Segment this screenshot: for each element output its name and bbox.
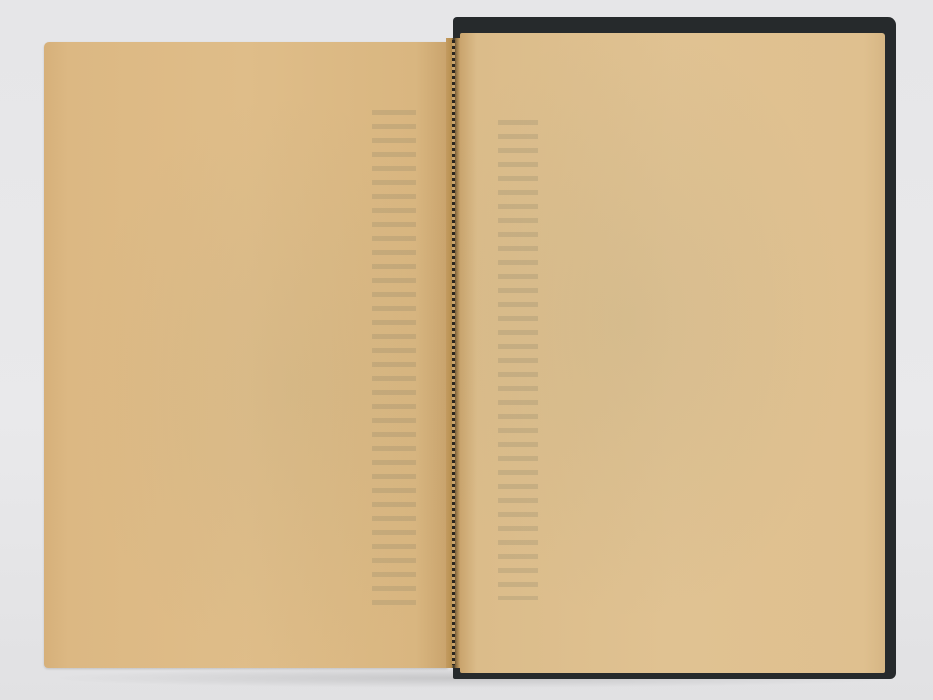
bleed-through-text-right [498, 120, 538, 600]
bleed-through-text-left [372, 110, 416, 610]
binding-stitch [452, 40, 455, 665]
